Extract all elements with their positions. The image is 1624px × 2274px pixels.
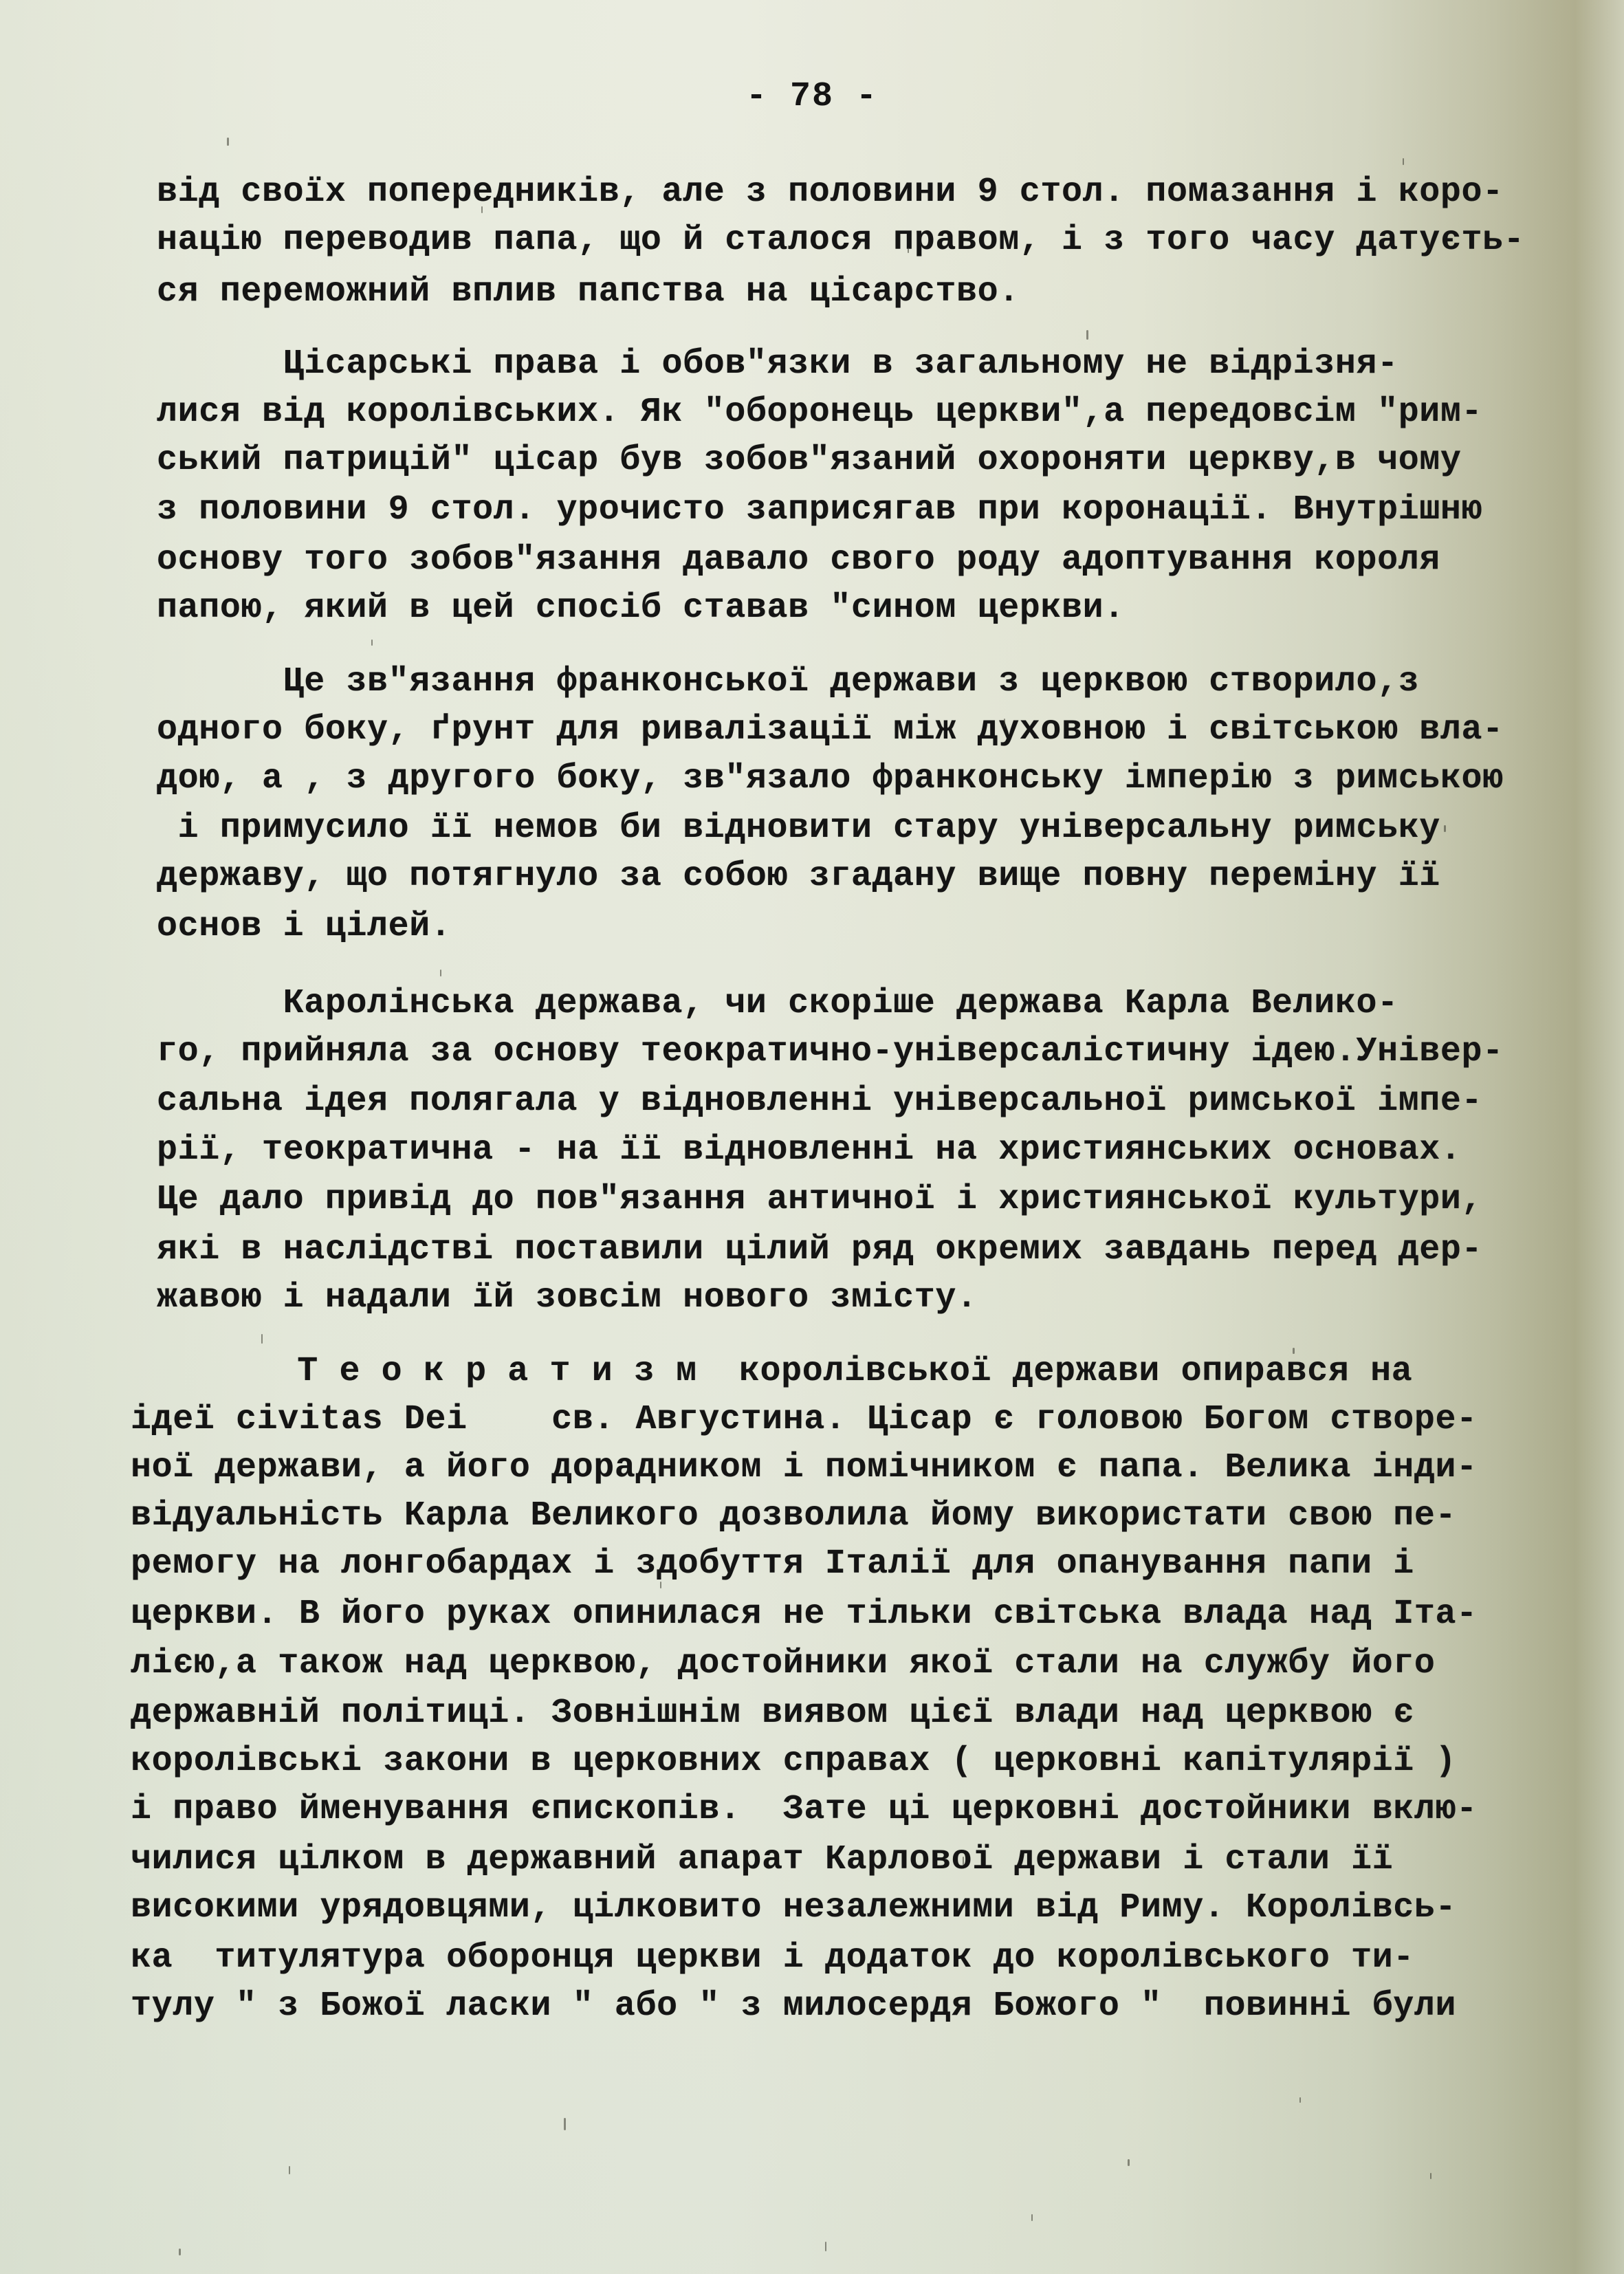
- text-line: які в наслідстві поставили цілий ряд окр…: [157, 1229, 1482, 1271]
- paper-speck: [1293, 1348, 1295, 1354]
- paper-speck: [1004, 719, 1005, 727]
- text-line: ський патрицій" цісар був зобов"язаний о…: [157, 440, 1462, 481]
- text-line: ної держави, а його дорадником і помічни…: [131, 1447, 1478, 1489]
- paper-speck: [1169, 1045, 1170, 1053]
- text-line: ідеї civitas Dei св. Августина. Цісар є …: [131, 1399, 1478, 1441]
- paper-speck: [261, 1334, 263, 1344]
- text-line: націю переводив папа, що й сталося право…: [157, 220, 1524, 261]
- text-line: дою, а , з другого боку, зв"язало франко…: [157, 758, 1504, 800]
- text-line: Це зв"язання франконської держави з церк…: [157, 662, 1419, 703]
- paper-speck: [1128, 2159, 1130, 2166]
- paper-speck: [289, 2166, 290, 2174]
- text-line: Каролінська держава, чи скоріше держава …: [157, 983, 1398, 1025]
- paper-speck: [1403, 158, 1404, 165]
- text-line: Це дало привід до пов"язання античної і …: [157, 1179, 1482, 1221]
- text-line: державу, що потягнуло за собою згадану в…: [157, 856, 1440, 897]
- text-line: Цісарські права і обов"язки в загальному…: [157, 344, 1398, 385]
- paper-speck: [1430, 2173, 1431, 2179]
- paper-speck: [1031, 2214, 1033, 2221]
- text-line: лією,а також над церквою, достойники яко…: [131, 1643, 1436, 1685]
- text-line: церкви. В його руках опинилася не тільки…: [131, 1594, 1478, 1635]
- paper-speck: [660, 1582, 661, 1588]
- text-line: тулу " з Божої ласки " або " з милосердя…: [131, 1986, 1456, 2027]
- paper-speck: [1299, 2097, 1301, 2103]
- text-line: і примусило її немов би відновити стару …: [157, 808, 1440, 849]
- paper-speck: [1444, 825, 1446, 832]
- text-line: ся переможний вплив папства на цісарство…: [157, 272, 1020, 313]
- text-line: лися від королівських. Як "оборонець цер…: [157, 392, 1482, 433]
- text-line: ка титулятура оборонця церкви і додаток …: [131, 1938, 1414, 1979]
- paper-speck: [825, 2242, 826, 2251]
- text-line: високими урядовцями, цілковито незалежни…: [131, 1888, 1456, 1929]
- text-line: королівські закони в церковних справах (…: [131, 1741, 1456, 1782]
- text-line: Т е о к р а т и з м королівської держави…: [150, 1351, 1412, 1392]
- text-line: го, прийняла за основу теократично-уніве…: [157, 1031, 1504, 1073]
- text-line: папою, який в цей спосіб ставав "сином ц…: [157, 588, 1125, 629]
- text-line: рії, теократична - на її відновленні на …: [157, 1130, 1462, 1171]
- text-line: жавою і надали їй зовсім нового змісту.: [157, 1278, 978, 1319]
- typewritten-page: - 78 - від своїх попередників, але з пол…: [0, 0, 1624, 2274]
- text-line: основу того зобов"язання давало свого ро…: [157, 540, 1440, 581]
- paper-speck: [963, 1857, 964, 1865]
- paper-speck: [481, 206, 483, 213]
- paper-speck: [440, 970, 441, 976]
- paper-speck: [1086, 330, 1088, 340]
- text-line: основ і цілей.: [157, 906, 451, 948]
- paper-speck: [371, 639, 373, 646]
- text-line: сальна ідея полягала у відновленні уніве…: [157, 1081, 1482, 1122]
- text-line: від своїх попередників, але з половини 9…: [157, 172, 1504, 213]
- text-line: з половини 9 стол. урочисто заприсягав п…: [157, 490, 1482, 531]
- text-line: ремогу на лонгобардах і здобуття Італії …: [131, 1544, 1414, 1585]
- paper-speck: [227, 138, 229, 146]
- page-number: - 78 -: [0, 77, 1624, 116]
- paper-speck: [564, 2118, 566, 2130]
- paper-speck: [179, 2249, 181, 2255]
- text-line: відуальність Карла Великого дозволила йо…: [131, 1496, 1456, 1537]
- text-line: і право йменування єпископів. Зате ці це…: [131, 1789, 1478, 1830]
- text-line: чилися цілком в державний апарат Карлово…: [131, 1839, 1393, 1881]
- paper-speck: [908, 248, 909, 253]
- text-line: одного боку, ґрунт для ривалізації між д…: [157, 710, 1504, 751]
- text-line: державній політиці. Зовнішнім виявом ціє…: [131, 1693, 1414, 1734]
